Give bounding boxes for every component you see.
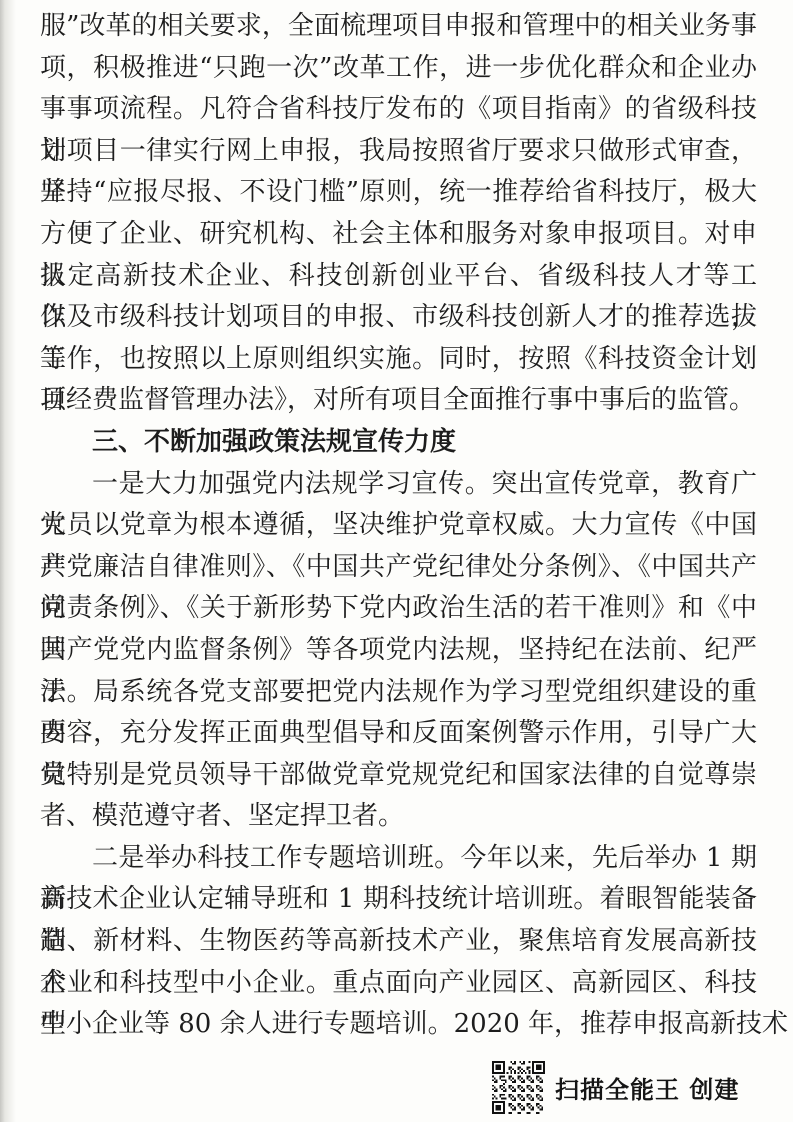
- text-line: 法。局系统各党支部要把党内法规作为学习型党组织建设的重要: [40, 672, 757, 714]
- text-line: 企业和科技型中小企业。重点面向产业园区、高新园区、科技型: [40, 963, 757, 1005]
- text-line: 坚持“应报尽报、不设门槛”原则，统一推荐给省科技厅，极大: [40, 172, 757, 214]
- text-line: 产党廉洁自律准则》、《中国共产党纪律处分条例》、《中国共产党: [40, 547, 757, 589]
- section-heading-block: 三、不断加强政策法规宣传力度: [40, 422, 757, 464]
- text-line: 工作，也按照以上原则组织实施。同时，按照《科技资金计划项: [40, 339, 757, 381]
- text-line: 新技术企业认定辅导班和 1 期科技统计培训班。着眼智能装备制: [40, 879, 757, 921]
- paragraph-block: 服”改革的相关要求，全面梳理项目申报和管理中的相关业务事项，积极推进“只跑一次”…: [40, 6, 757, 422]
- scanner-watermark: 扫描全能王 创建: [492, 1061, 739, 1114]
- text-line: 项，积极推进“只跑一次”改革工作，进一步优化群众和企业办: [40, 48, 757, 90]
- text-line: 划项目一律实行网上申报，我局按照省厅要求只做形式审查，并: [40, 131, 757, 173]
- text-line: 者、模范遵守者、坚定捍卫者。: [40, 796, 757, 838]
- text-line: 服”改革的相关要求，全面梳理项目申报和管理中的相关业务事: [40, 6, 757, 48]
- qr-code-icon: [492, 1061, 545, 1114]
- section-heading: 三、不断加强政策法规宣传力度: [40, 422, 757, 464]
- text-line: 方便了企业、研究机构、社会主体和服务对象申报项目。对申报: [40, 214, 757, 256]
- text-line: 一是大力加强党内法规学习宣传。突出宣传党章，教育广大: [40, 464, 757, 506]
- scanned-document-page: 服”改革的相关要求，全面梳理项目申报和管理中的相关业务事项，积极推进“只跑一次”…: [0, 0, 793, 1122]
- text-line: 员特别是党员领导干部做党章党规党纪和国家法律的自觉尊崇: [40, 755, 757, 797]
- scan-edge-shadow: [0, 0, 18, 1122]
- paragraph-block: 二是举办科技工作专题培训班。今年以来，先后举办 1 期高新技术企业认定辅导班和 …: [40, 838, 757, 1046]
- text-line: 目经费监督管理办法》，对所有项目全面推行事中事后的监管。: [40, 380, 757, 422]
- text-line: 中小企业等 80 余人进行专题培训。2020 年，推荐申报高新技术: [40, 1004, 757, 1046]
- text-line: 问责条例》、《关于新形势下党内政治生活的若干准则》和《中国: [40, 588, 757, 630]
- text-line: 内容，充分发挥正面典型倡导和反面案例警示作用，引导广大党: [40, 713, 757, 755]
- text-line: 造、新材料、生物医药等高新技术产业，聚焦培育发展高新技术: [40, 921, 757, 963]
- text-line: 事事项流程。凡符合省科技厅发布的《项目指南》的省级科技计: [40, 89, 757, 131]
- text-line: 党员以党章为根本遵循，坚决维护党章权威。大力宣传《中国共: [40, 505, 757, 547]
- paragraph-block: 一是大力加强党内法规学习宣传。突出宣传党章，教育广大党员以党章为根本遵循，坚决维…: [40, 464, 757, 838]
- text-line: 认定高新技术企业、科技创新创业平台、省级科技人才等工作，: [40, 256, 757, 298]
- text-line: 共产党党内监督条例》等各项党内法规，坚持纪在法前、纪严于: [40, 630, 757, 672]
- document-blocks: 服”改革的相关要求，全面梳理项目申报和管理中的相关业务事项，积极推进“只跑一次”…: [40, 6, 757, 1046]
- watermark-label: 扫描全能王 创建: [555, 1070, 739, 1105]
- text-line: 以及市级科技计划项目的申报、市级科技创新人才的推荐选拔等: [40, 297, 757, 339]
- text-line: 二是举办科技工作专题培训班。今年以来，先后举办 1 期高: [40, 838, 757, 880]
